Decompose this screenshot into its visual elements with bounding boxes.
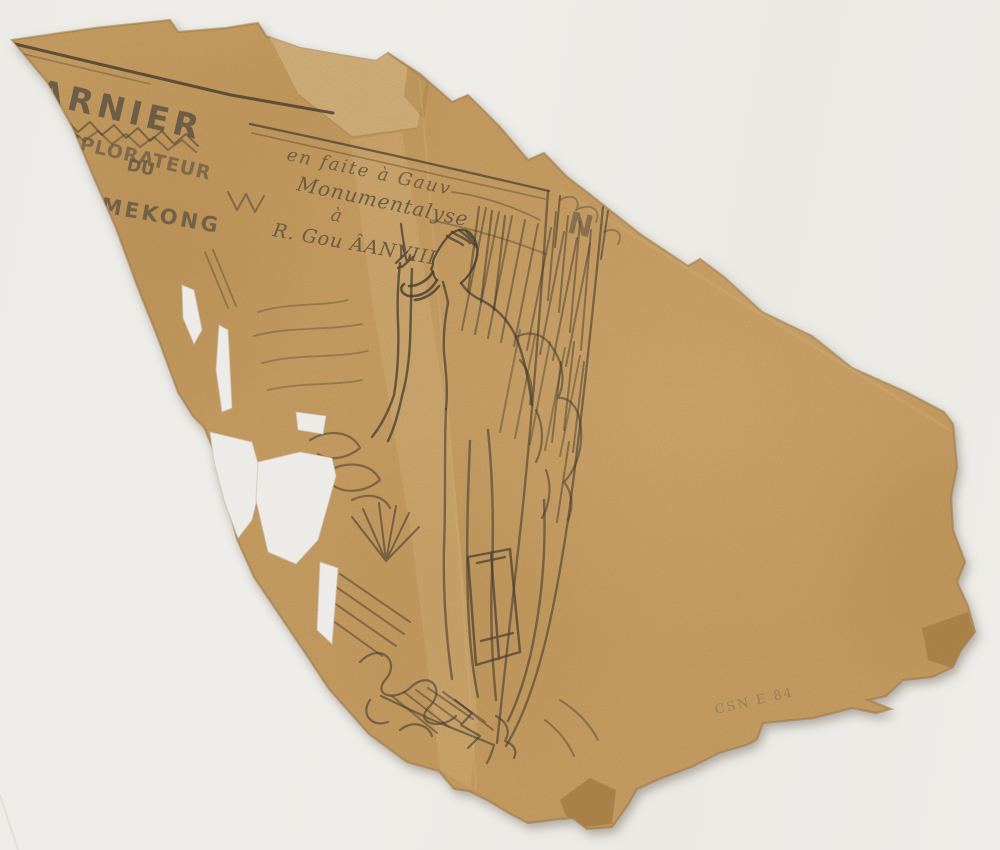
paper-fragment: ARNIER EXPLORATEUR DU MEKONG en faite à … — [0, 0, 1000, 850]
photo-backdrop: ARNIER EXPLORATEUR DU MEKONG en faite à … — [0, 0, 1000, 850]
artwork-scan: ARNIER EXPLORATEUR DU MEKONG en faite à … — [0, 0, 1000, 850]
backdrop-crease — [0, 795, 18, 850]
tear-hole-small — [296, 412, 326, 434]
